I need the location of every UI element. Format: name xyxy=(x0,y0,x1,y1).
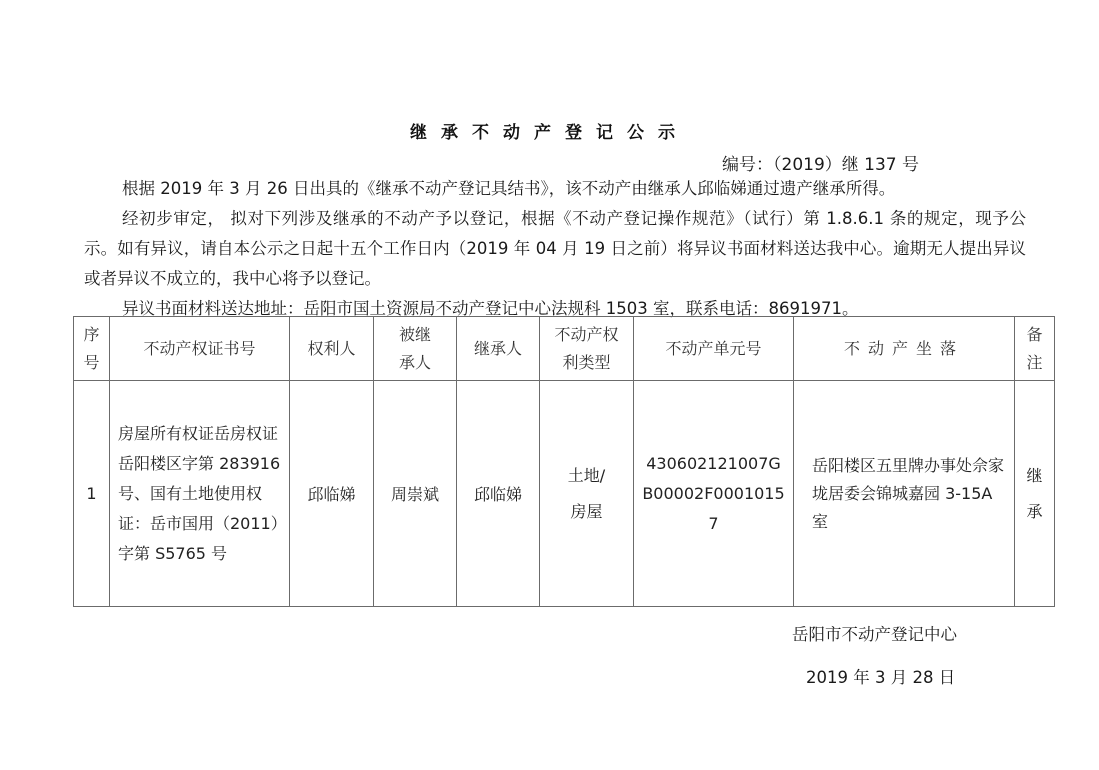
cell-right-holder: 邱临娣 xyxy=(290,381,374,607)
header-right-holder: 权利人 xyxy=(290,317,374,381)
cell-right-type: 土地/房屋 xyxy=(540,381,634,607)
header-seq: 序号 xyxy=(74,317,110,381)
header-unit-no: 不动产单元号 xyxy=(634,317,794,381)
cell-seq: 1 xyxy=(74,381,110,607)
cell-cert-no: 房屋所有权证岳房权证岳阳楼区字第 283916 号、国有土地使用权证：岳市国用（… xyxy=(110,381,290,607)
notice-body: 根据 2019 年 3 月 26 日出具的《继承不动产登记具结书》，该不动产由继… xyxy=(84,174,1026,324)
header-decedent: 被继承人 xyxy=(374,317,457,381)
cell-unit-no: 430602121007GB00002F00010157 xyxy=(634,381,794,607)
cell-heir: 邱临娣 xyxy=(457,381,540,607)
issue-date: 2019 年 3 月 28 日 xyxy=(806,664,955,688)
table-header-row: 序号 不动产权证书号 权利人 被继承人 继承人 不动产权利类型 不动产单元号 不… xyxy=(74,317,1055,381)
document-number: 编号：（2019）继 137 号 xyxy=(722,150,919,175)
property-table: 序号 不动产权证书号 权利人 被继承人 继承人 不动产权利类型 不动产单元号 不… xyxy=(73,316,1055,607)
header-remark: 备注 xyxy=(1015,317,1055,381)
header-heir: 继承人 xyxy=(457,317,540,381)
cell-location: 岳阳楼区五里牌办事处佘家垅居委会锦城嘉园 3-15A 室 xyxy=(794,381,1015,607)
header-cert-no: 不动产权证书号 xyxy=(110,317,290,381)
paragraph-basis: 根据 2019 年 3 月 26 日出具的《继承不动产登记具结书》，该不动产由继… xyxy=(84,174,1026,204)
document-title: 继承不动产登记公示 xyxy=(0,118,1099,143)
header-location: 不动产坐落 xyxy=(794,317,1015,381)
issuing-organization: 岳阳市不动产登记中心 xyxy=(792,621,957,645)
cell-remark: 继承 xyxy=(1015,381,1055,607)
table-row: 1 房屋所有权证岳房权证岳阳楼区字第 283916 号、国有土地使用权证：岳市国… xyxy=(74,381,1055,607)
cell-decedent: 周崇斌 xyxy=(374,381,457,607)
paragraph-review: 经初步审定， 拟对下列涉及继承的不动产予以登记，根据《不动产登记操作规范》（试行… xyxy=(84,204,1026,294)
header-right-type: 不动产权利类型 xyxy=(540,317,634,381)
